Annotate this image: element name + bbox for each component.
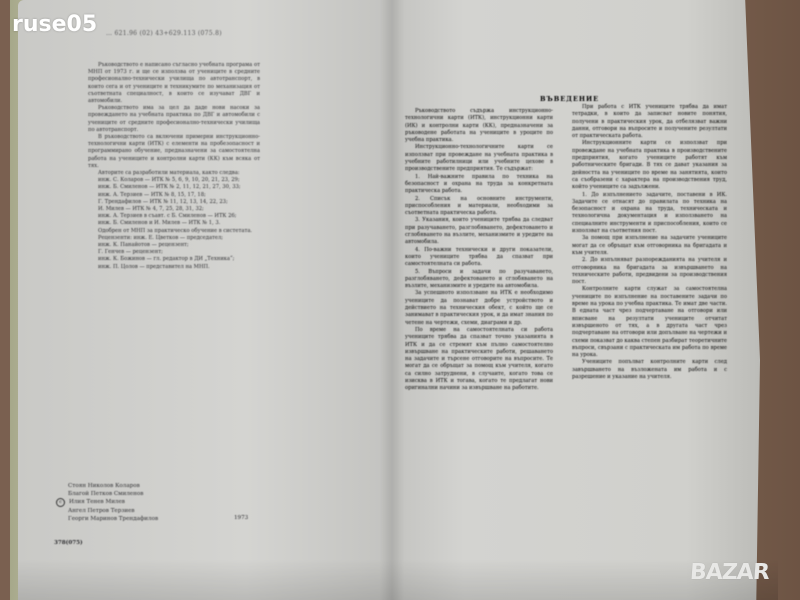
paragraph: 4. По-важни технически и други показател…: [405, 247, 553, 269]
page-shadow: [18, 560, 778, 600]
section-heading: ВЪВЕДЕНИЕ: [540, 95, 599, 103]
paragraph: При работа с ИТК учениците трябва да има…: [572, 104, 727, 140]
paragraph: Учениците попълват контролните карти сле…: [572, 359, 727, 381]
paragraph: По време на самостоятелната си работа уч…: [405, 327, 553, 393]
paragraph: Ръководството съдържа инструкционно-техн…: [405, 108, 553, 144]
paragraph: За успешното използване на ИТК е необход…: [405, 290, 553, 326]
book-gutter: [380, 0, 404, 600]
bazar-logo: BAZAR: [689, 560, 769, 585]
paragraph: 5. Въпроси и задачи по разучаването, раз…: [405, 269, 553, 291]
paragraph: 1. Най-важните правила по техника на без…: [405, 174, 553, 196]
paragraph: Инструкционните карти се използват при п…: [572, 140, 727, 191]
paragraph: Контролните карти служат за самостоятелн…: [572, 286, 727, 359]
seller-watermark: ruse05: [12, 12, 97, 37]
paragraph: За помощ при изпълнение на задачите учен…: [572, 235, 727, 257]
paragraph: Инструкционно-технологичните карти се из…: [405, 144, 553, 173]
right-column-2: При работа с ИТК учениците трябва да има…: [572, 104, 727, 381]
paragraph: 2. Списък на основните инструменти, прис…: [405, 196, 553, 218]
paragraph: 1. До изпълнението задачите, поставени в…: [572, 192, 727, 236]
paragraph: 3. Указания, които учениците трябва да с…: [405, 217, 553, 246]
right-column-1: Ръководството съдържа инструкционно-техн…: [405, 108, 553, 393]
paragraph: 2. До изпълняват разпорежданията на учит…: [572, 257, 727, 286]
